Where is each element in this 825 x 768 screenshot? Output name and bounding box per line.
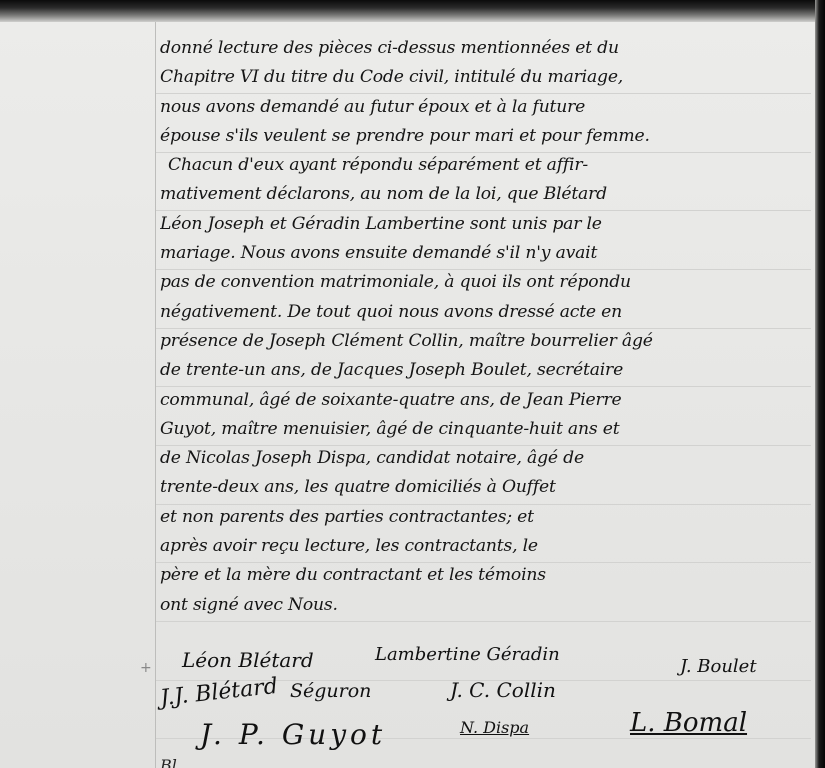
text-line: présence de Joseph Clément Collin, maîtr… — [160, 327, 810, 356]
signature-seguron: Séguron — [290, 680, 371, 702]
margin-cross-mark: + — [140, 660, 152, 676]
page-right-edge-shadow — [815, 0, 825, 768]
text-line: nous avons demandé au futur époux et à l… — [160, 93, 810, 122]
signature-collin: J. C. Collin — [450, 678, 556, 702]
left-margin-rule — [155, 22, 156, 768]
text-line: Chapitre VI du titre du Code civil, inti… — [160, 63, 810, 92]
page-top-edge-shadow — [0, 0, 825, 22]
handwritten-body-text: donné lecture des pièces ci-dessus menti… — [160, 34, 810, 620]
signature-guyot: J. P. Guyot — [200, 718, 386, 751]
text-line: Léon Joseph et Géradin Lambertine sont u… — [160, 210, 810, 239]
text-line: donné lecture des pièces ci-dessus menti… — [160, 34, 810, 63]
text-line: ont signé avec Nous. — [160, 591, 810, 620]
text-line: Guyot, maître menuisier, âgé de cinquant… — [160, 415, 810, 444]
scanned-page: donné lecture des pièces ci-dessus menti… — [0, 0, 825, 768]
text-line: mativement déclarons, au nom de la loi, … — [160, 180, 810, 209]
text-line: pas de convention matrimoniale, à quoi i… — [160, 268, 810, 297]
signature-lambertine-geradin: Lambertine Géradin — [375, 644, 560, 665]
signature-dispa: N. Dispa — [460, 718, 529, 737]
text-line: père et la mère du contractant et les té… — [160, 561, 810, 590]
text-line: communal, âgé de soixante-quatre ans, de… — [160, 386, 810, 415]
signature-leon-bletard: Léon Blétard — [182, 648, 314, 672]
partial-next-line: Bl... ... — [160, 752, 810, 768]
signature-bomal: L. Bomal — [630, 708, 747, 738]
text-line: mariage. Nous avons ensuite demandé s'il… — [160, 239, 810, 268]
text-line: épouse s'ils veulent se prendre pour mar… — [160, 122, 810, 151]
text-line: trente-deux ans, les quatre domiciliés à… — [160, 473, 810, 502]
text-line: et non parents des parties contractantes… — [160, 503, 810, 532]
text-line: négativement. De tout quoi nous avons dr… — [160, 298, 810, 327]
ruled-line — [156, 621, 811, 622]
text-line: de trente-un ans, de Jacques Joseph Boul… — [160, 356, 810, 385]
signature-boulet: J. Boulet — [680, 656, 757, 677]
signature-jj-bletard: J.J. Blétard — [159, 674, 279, 711]
signature-block: Léon Blétard Lambertine Géradin J.J. Blé… — [160, 640, 810, 768]
text-line: après avoir reçu lecture, les contractan… — [160, 532, 810, 561]
text-line: de Nicolas Joseph Dispa, candidat notair… — [160, 444, 810, 473]
text-line: Chacun d'eux ayant répondu séparément et… — [160, 151, 810, 180]
